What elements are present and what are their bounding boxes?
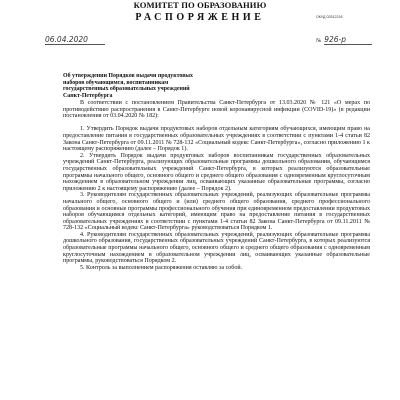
subject-line: государственных образовательных учрежден… [63,86,263,93]
number-label: № [316,38,321,44]
subject-line: Об утверждении Порядков выдачи продуктов… [63,73,263,80]
preamble-paragraph: В соответствии с постановлением Правител… [63,100,370,120]
organization-name: КОМИТЕТ ПО ОБРАЗОВАНИЮ [0,0,400,10]
okud-code: ОКУД 02512218 [316,15,342,19]
clause-1: 1. Утвердить Порядок выдачи продуктовых … [63,126,370,152]
clause-3: 3. Руководителям государственных образов… [63,192,370,232]
document-date: 06.04.2020 [45,35,105,45]
subject-line: Санкт-Петербурга [63,93,263,100]
clause-4: 4. Руководителям государственных образов… [63,232,370,265]
clause-2: 2. Утвердить Порядок выдачи продуктовых … [63,153,370,193]
number-value: 926-р [324,35,372,45]
document-number: №926-р [316,35,380,46]
document-subject: Об утверждении Порядков выдачи продуктов… [63,73,263,99]
document-body: В соответствии с постановлением Правител… [63,100,370,271]
clause-5: 5. Контроль за выполнением распоряжения … [63,265,370,272]
